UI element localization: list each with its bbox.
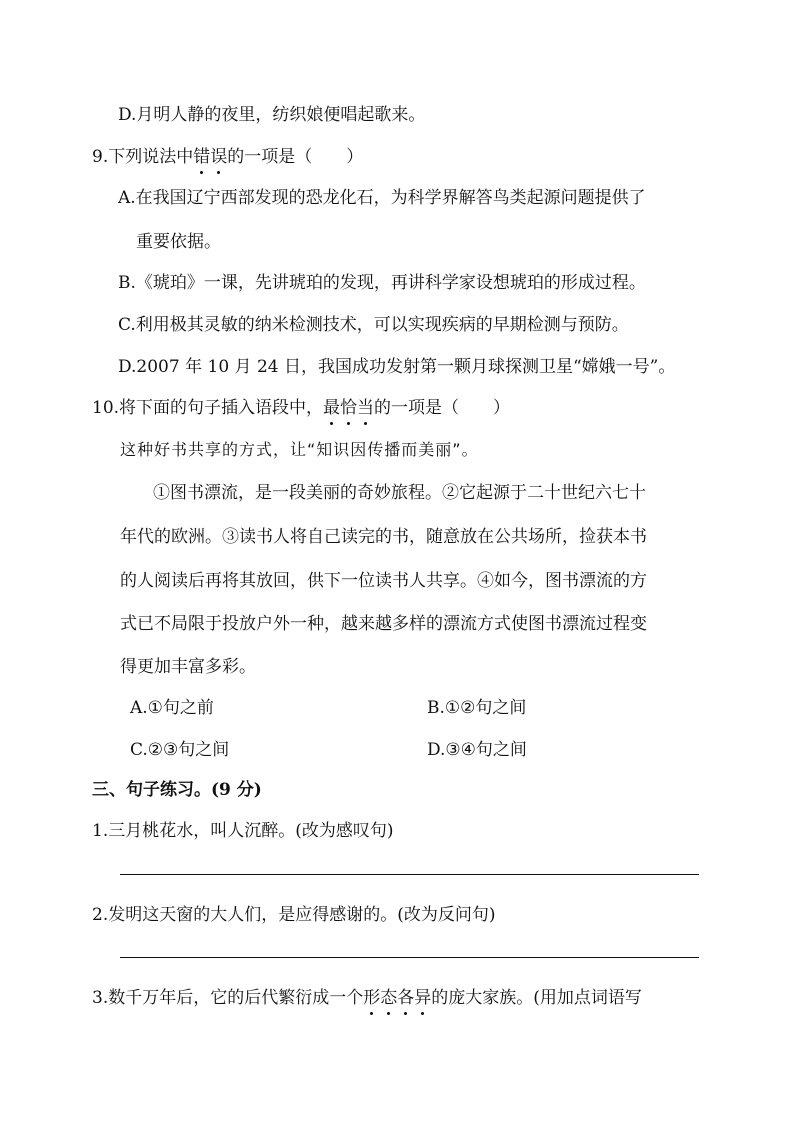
s3-q3-post: 的庞大家族。(用加点词语写 [431, 988, 642, 1008]
q10-stem-pre: 10.将下面的句子插入语段中， [92, 398, 323, 418]
emphasis-char: 误 [210, 146, 227, 168]
q9-option-c: C.利用极其灵敏的纳米检测技术，可以实现疾病的早期检测与预防。 [118, 314, 629, 336]
q10-option-b: B.①②句之间 [427, 697, 526, 719]
emphasis-char: 最 [323, 397, 340, 419]
emphasis-char: 形 [363, 987, 380, 1009]
q9-stem-post: 的一项是（ ） [227, 147, 363, 167]
q9-option-d: D.2007 年 10 月 24 日，我国成功发射第一颗月球探测卫星“嫦娥一号”… [118, 356, 675, 378]
section-heading: 三、句子练习。(9 分) [92, 779, 262, 801]
q10-paragraph-line: 得更加丰富多彩。 [120, 656, 256, 678]
emphasis-char: 各 [397, 987, 414, 1009]
q8-option-d: D.月明人静的夜里，纺织娘便唱起歌来。 [118, 104, 425, 126]
q9-option-a-cont: 重要依据。 [136, 231, 221, 253]
q10-sentence: 这种好书共享的方式，让“知识因传播而美丽”。 [120, 439, 479, 461]
emphasis-char: 异 [414, 987, 431, 1009]
q9-option-b: B.《琥珀》一课，先讲琥珀的发现，再讲科学家设想琥珀的形成过程。 [118, 272, 646, 294]
q10-option-a: A.①句之前 [130, 697, 214, 719]
q10-option-c: C.②③句之间 [130, 739, 229, 761]
q9-stem-pre: 9.下列说法中 [92, 147, 193, 167]
q10-stem-post: 的一项是（ ） [374, 398, 510, 418]
emphasis-char: 态 [380, 987, 397, 1009]
s3-q3-pre: 3.数千万年后，它的后代繁衍成一个 [92, 988, 363, 1008]
emphasis-char: 当 [357, 397, 374, 419]
q10-paragraph-line: 年代的欧洲。③读书人将自己读完的书，随意放在公共场所，捡获本书 [120, 526, 647, 548]
q10-option-d: D.③④句之间 [427, 739, 527, 761]
q10-paragraph-line: 的人阅读后再将其放回，供下一位读书人共享。④如今，图书漂流的方 [120, 570, 647, 592]
q9-option-a: A.在我国辽宁西部发现的恐龙化石，为科学界解答鸟类起源问题提供了 [118, 187, 646, 209]
q10-paragraph-line: ①图书漂流，是一段美丽的奇妙旅程。②它起源于二十世纪六七十 [153, 482, 646, 504]
q10-stem: 10.将下面的句子插入语段中，最恰当的一项是（ ） [92, 397, 510, 419]
s3-q3: 3.数千万年后，它的后代繁衍成一个形态各异的庞大家族。(用加点词语写 [92, 987, 642, 1009]
answer-line[interactable] [120, 957, 699, 958]
emphasis-char: 错 [193, 146, 210, 168]
answer-line[interactable] [120, 874, 699, 875]
s3-q2: 2.发明这天窗的大人们，是应得感谢的。(改为反问句) [92, 904, 495, 926]
s3-q1: 1.三月桃花水，叫人沉醉。(改为感叹句) [92, 820, 393, 842]
q10-paragraph-line: 式已不局限于投放户外一种，越来越多样的漂流方式使图书漂流过程变 [120, 613, 647, 635]
emphasis-char: 恰 [340, 397, 357, 419]
q9-stem: 9.下列说法中错误的一项是（ ） [92, 146, 363, 168]
